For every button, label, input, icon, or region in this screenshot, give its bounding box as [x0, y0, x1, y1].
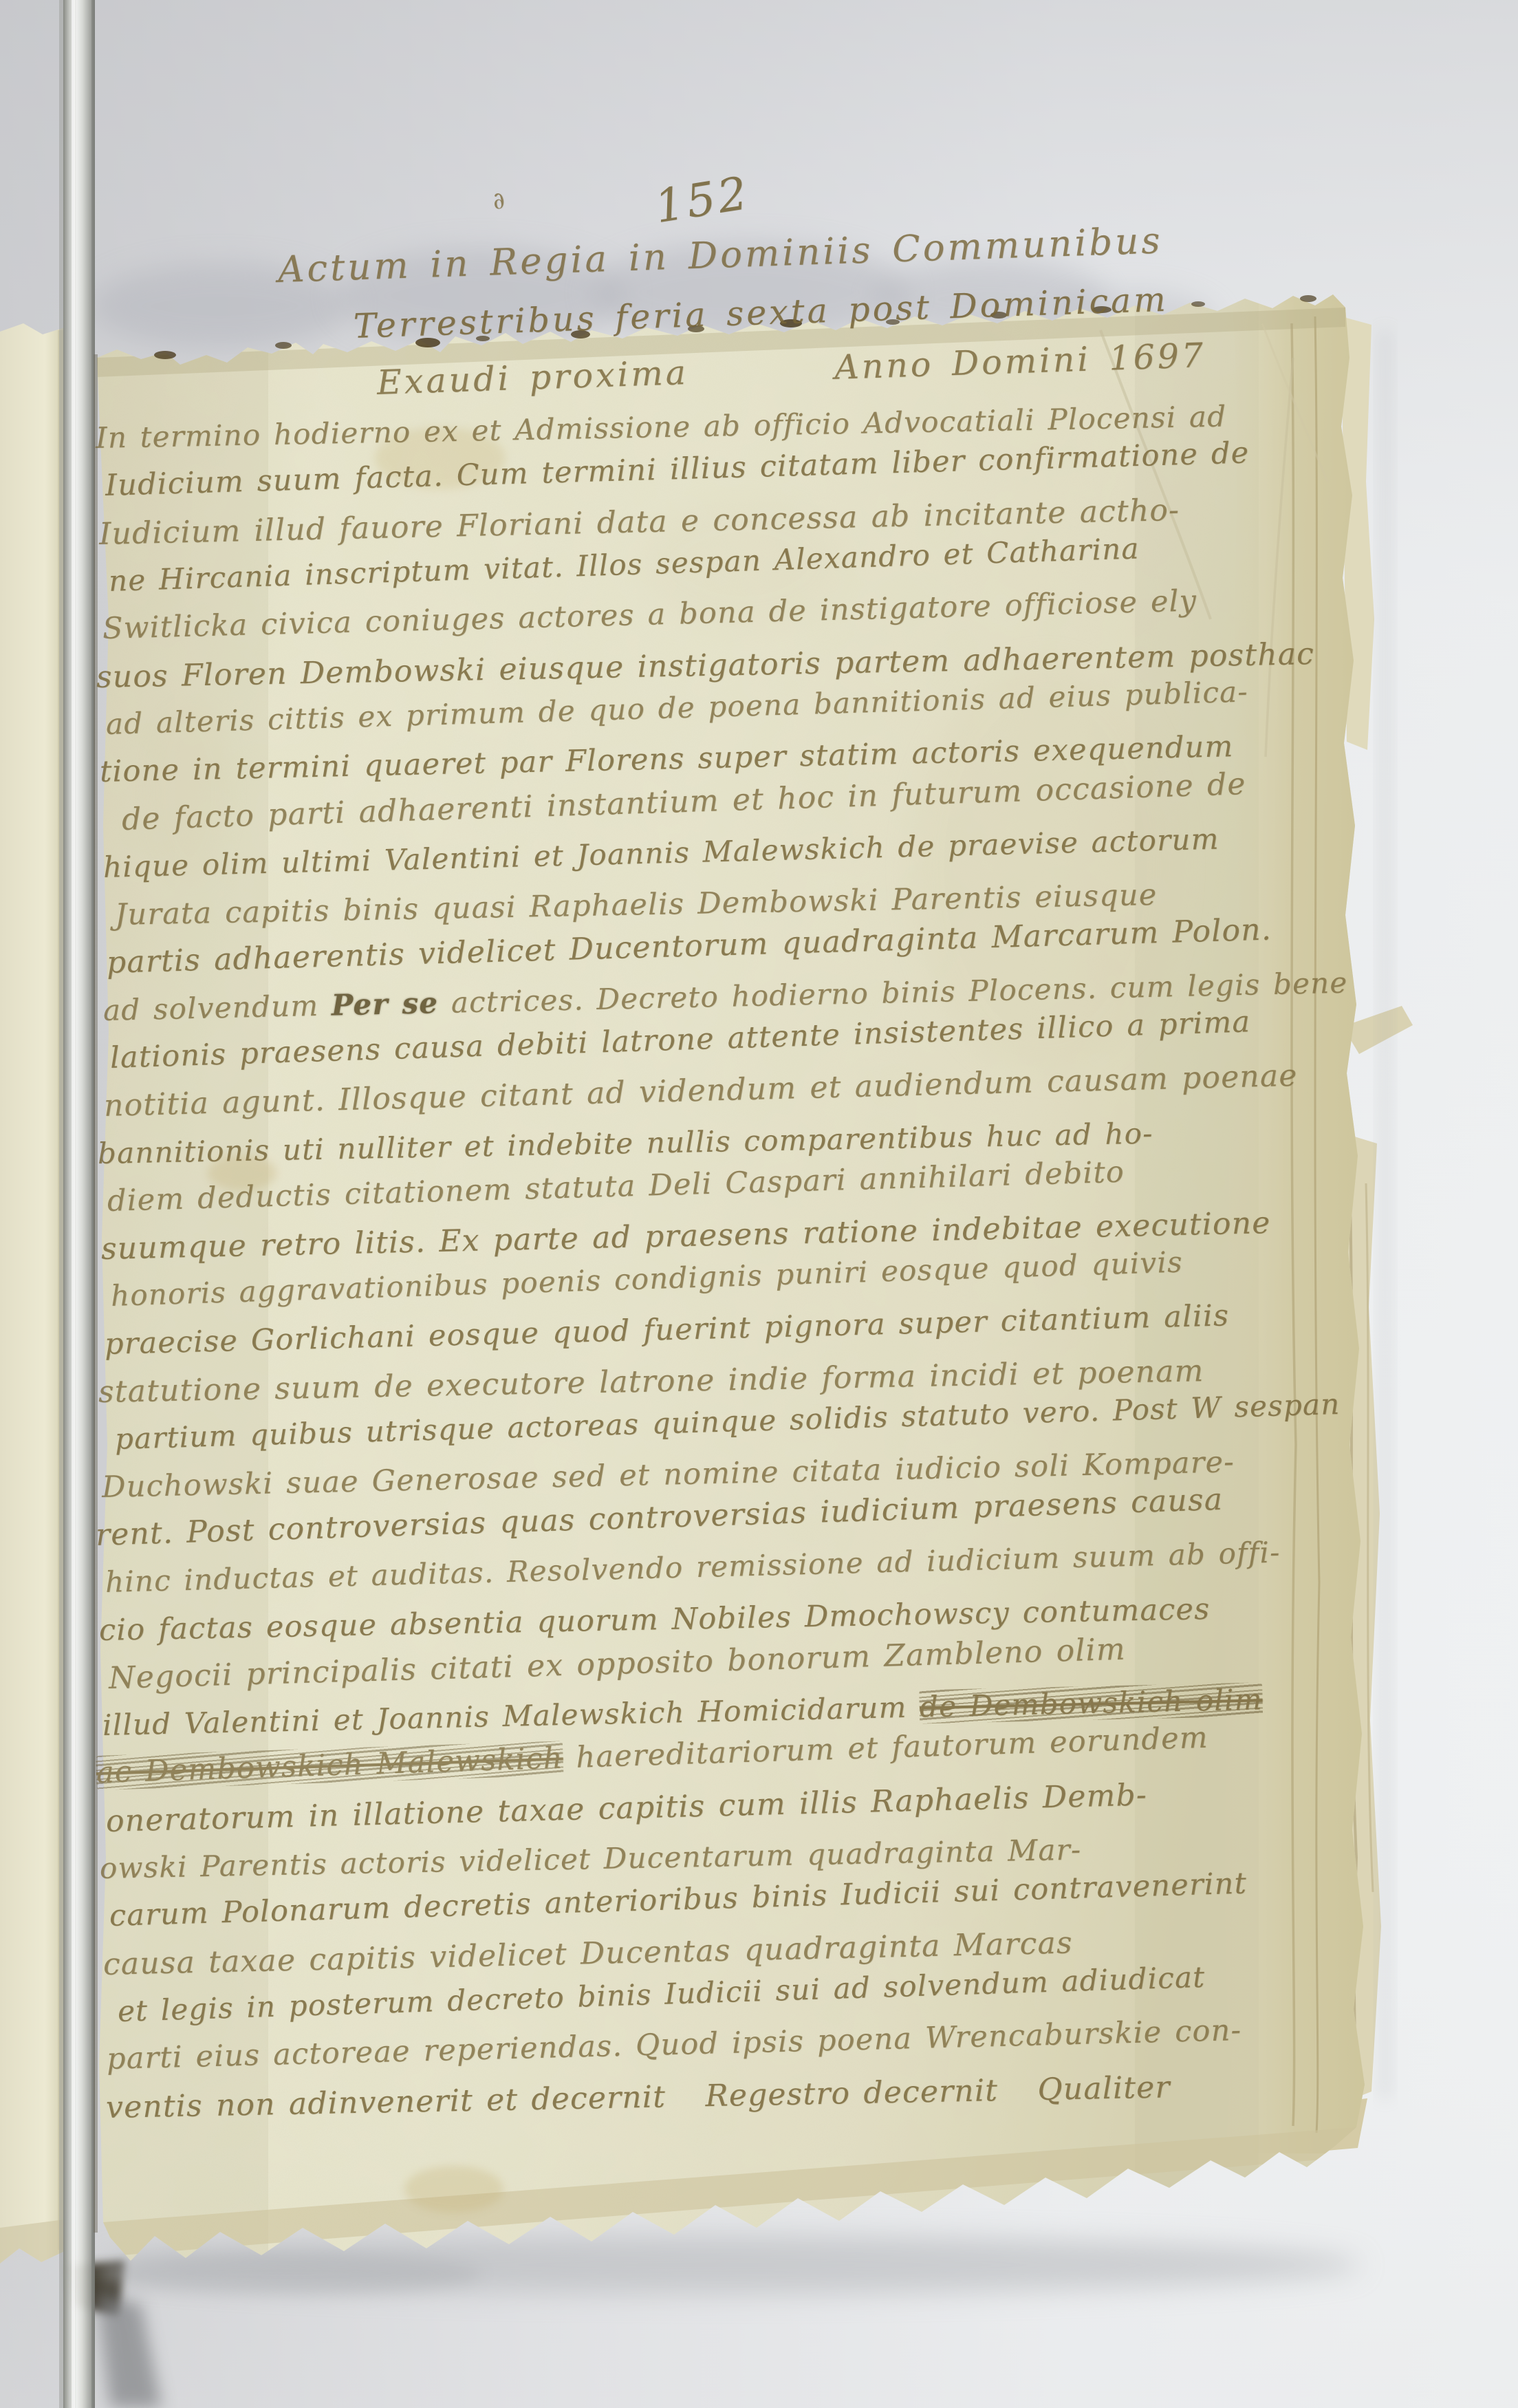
page-surface-detail — [89, 154, 1389, 2270]
previous-page-edge — [0, 323, 65, 2264]
glass-clamp-edge — [59, 0, 98, 2408]
manuscript-scan-background — [0, 0, 1518, 2408]
archive-scan-page: ∂ 152 Actum in Regia in Dominiis Communi… — [0, 0, 1518, 2408]
